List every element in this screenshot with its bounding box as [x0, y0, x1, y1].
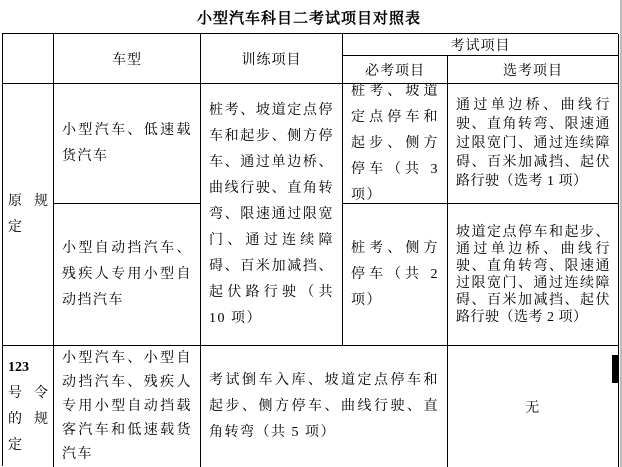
comparison-table: 车型 训练项目 考试项目 必考项目 选考项目 原规定 小型汽车、低速载货汽车 桩…: [2, 33, 618, 466]
cell-original-row2-required: 桩考、侧方停车（共 2 项）: [343, 204, 448, 346]
header-vehicle-type: 车型: [54, 34, 201, 84]
scan-artifact-blob: [612, 355, 619, 383]
header-exam-items: 考试项目: [343, 34, 619, 56]
cell-original-row1-required: 桩考、坡道定点停车和起步、侧方停车（共 3 项）: [343, 84, 448, 204]
cell-order123-vehicle: 小型汽车、小型自动挡汽车、残疾人专用小型自动挡载客汽车和低速载货汽车: [54, 346, 201, 467]
row-group-label-original-text: 原规定: [8, 189, 48, 241]
cell-original-row2-vehicle: 小型自动挡汽车、残疾人专用小型自动挡汽车: [54, 204, 201, 346]
header-optional-items: 选考项目: [448, 56, 619, 84]
cell-original-row1-optional: 通过单边桥、曲线行驶、直角转弯、限速通过限宽门、通过连续障碍、百米加减挡、起伏路…: [448, 84, 619, 204]
cell-original-row1-vehicle: 小型汽车、低速载货汽车: [54, 84, 201, 204]
header-required-items: 必考项目: [343, 56, 448, 84]
cell-order123-optional: 无: [448, 346, 619, 467]
cell-order123-training-required: 考试倒车入库、坡道定点停车和起步、侧方停车、曲线行驶、直角转弯（共 5 项）: [201, 346, 448, 467]
page-title: 小型汽车科目二考试项目对照表: [0, 7, 618, 28]
cell-original-training-items: 桩考、坡道定点停车和起步、侧方停车、通过单边桥、曲线行驶、直角转弯、限速通过限宽…: [201, 84, 343, 346]
header-training-items: 训练项目: [201, 34, 343, 84]
document-page: 小型汽车科目二考试项目对照表 车型 训练项目 考试项目 必考项目 选考项目 原规…: [0, 0, 622, 467]
row-group-label-order123: 123号令的规定: [3, 346, 54, 467]
row-group-label-order123-text: 123号令的规定: [8, 355, 48, 459]
row-group-label-original: 原规定: [3, 84, 54, 346]
corner-cell: [3, 34, 54, 84]
cell-original-row2-optional: 坡道定点停车和起步、通过单边桥、曲线行驶、直角转弯、限速通过限宽门、通过连续障碍…: [448, 204, 619, 346]
